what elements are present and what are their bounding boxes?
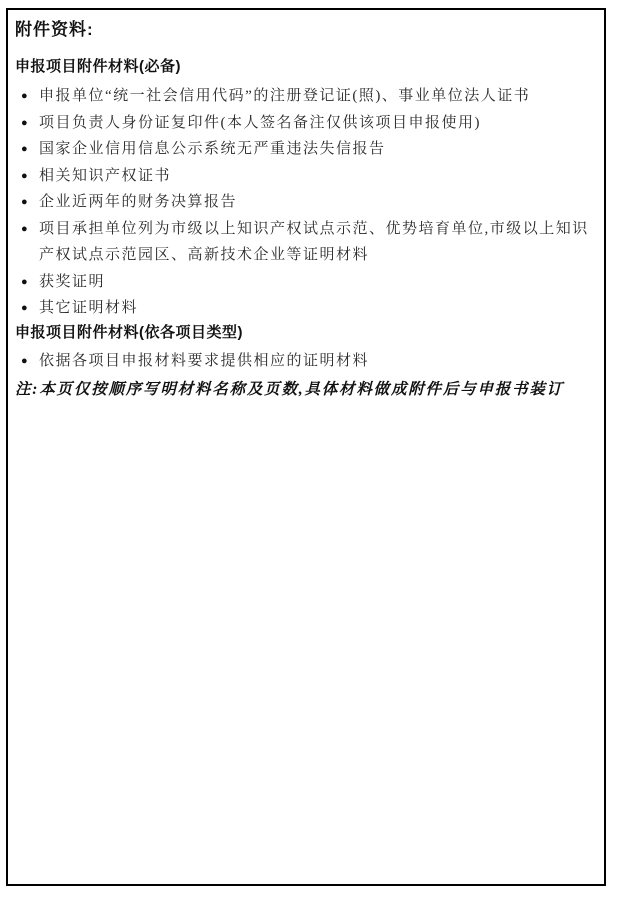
page-content: 附件资料: 申报项目附件材料(必备) ● 申报单位“统一社会信用代码”的注册登记…: [8, 10, 604, 884]
list-item: ● 获奖证明: [15, 269, 591, 296]
document-page: 附件资料: 申报项目附件材料(必备) ● 申报单位“统一社会信用代码”的注册登记…: [0, 0, 617, 900]
list-item: ● 国家企业信用信息公示系统无严重违法失信报告: [15, 136, 591, 163]
section-heading-by-project-type: 申报项目附件材料(依各项目类型): [15, 324, 591, 342]
list-item-text: 其它证明材料: [39, 300, 138, 316]
bullet-icon: ●: [21, 216, 28, 243]
list-item-text: 申报单位“统一社会信用代码”的注册登记证(照)、事业单位法人证书: [39, 88, 530, 104]
list-item-text: 国家企业信用信息公示系统无严重违法失信报告: [39, 141, 386, 157]
bullet-icon: ●: [21, 269, 28, 296]
bullet-icon: ●: [21, 136, 28, 163]
list-item: ● 相关知识产权证书: [15, 163, 591, 190]
bullet-icon: ●: [21, 295, 28, 322]
bullet-icon: ●: [21, 83, 28, 110]
bullet-icon: ●: [21, 110, 28, 137]
list-item: ● 项目负责人身份证复印件(本人签名备注仅供该项目申报使用): [15, 110, 591, 137]
section-heading-required: 申报项目附件材料(必备): [15, 58, 591, 76]
list-item: ● 项目承担单位列为市级以上知识产权试点示范、优势培育单位,市级以上知识产权试点…: [15, 216, 591, 269]
list-item-text: 依据各项目申报材料要求提供相应的证明材料: [39, 353, 369, 369]
required-attachments-list: ● 申报单位“统一社会信用代码”的注册登记证(照)、事业单位法人证书 ● 项目负…: [15, 83, 591, 322]
list-item-text: 企业近两年的财务决算报告: [39, 194, 237, 210]
list-item: ● 申报单位“统一社会信用代码”的注册登记证(照)、事业单位法人证书: [15, 83, 591, 110]
bullet-icon: ●: [21, 348, 28, 375]
list-item-text: 项目承担单位列为市级以上知识产权试点示范、优势培育单位,市级以上知识产权试点示范…: [39, 221, 589, 264]
binding-note: 注:本页仅按顺序写明材料名称及页数,具体材料做成附件后与申报书装订: [15, 379, 591, 401]
bullet-icon: ●: [21, 163, 28, 190]
list-item-text: 项目负责人身份证复印件(本人签名备注仅供该项目申报使用): [39, 115, 481, 131]
page-title: 附件资料:: [15, 20, 591, 40]
list-item: ● 依据各项目申报材料要求提供相应的证明材料: [15, 348, 591, 375]
bullet-icon: ●: [21, 189, 28, 216]
list-item-text: 获奖证明: [39, 274, 105, 290]
by-project-type-list: ● 依据各项目申报材料要求提供相应的证明材料: [15, 348, 591, 375]
list-item: ● 其它证明材料: [15, 295, 591, 322]
list-item: ● 企业近两年的财务决算报告: [15, 189, 591, 216]
page-border: 附件资料: 申报项目附件材料(必备) ● 申报单位“统一社会信用代码”的注册登记…: [6, 8, 606, 886]
list-item-text: 相关知识产权证书: [39, 168, 171, 184]
